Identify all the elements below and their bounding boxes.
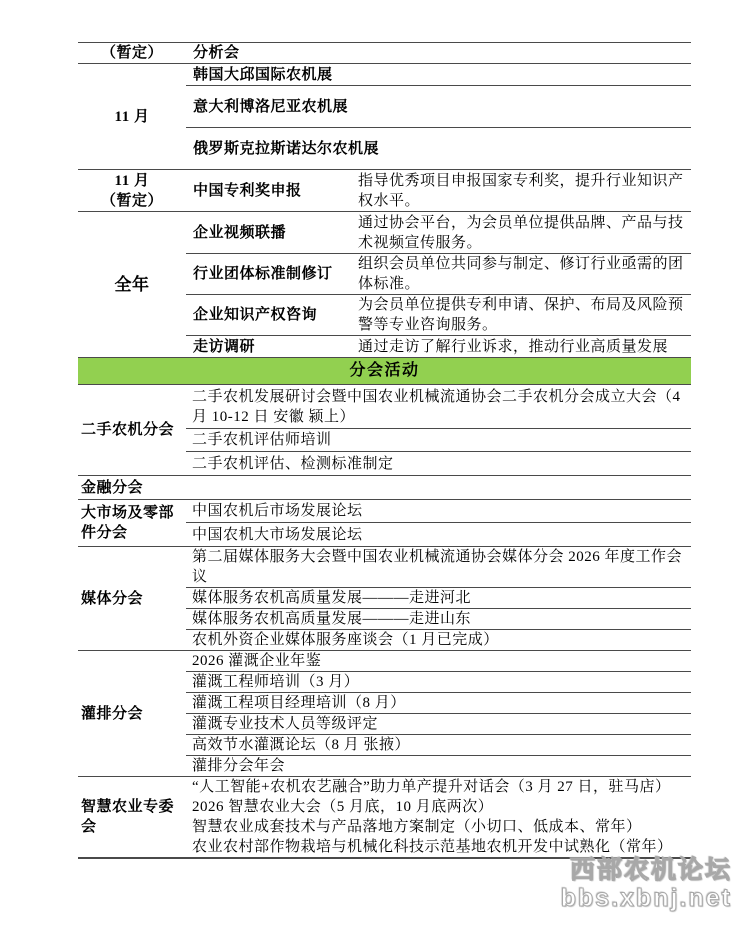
activity-cell: 灌溉工程项目经理培训（8 月） [186,693,691,714]
branch-cell: 灌排分会 [78,651,186,777]
activity-cell: 企业视频联播 [186,212,350,254]
activity-cell: 二手农机评估、检测标准制定 [186,452,691,476]
activity-cell: 2026 智慧农业大会（5 月底，10 月底两次） [186,797,691,817]
period-cell: 11 月 （暂定） [78,170,186,212]
activity-cell: 2026 灌溉企业年鉴 [186,651,691,672]
branch-cell: 大市场及零部件分会 [78,500,186,547]
activity-cell: 高效节水灌溉论坛（8 月 张掖） [186,735,691,756]
branch-cell: 金融分会 [78,476,186,500]
activity-cell: 分析会 [186,43,691,64]
activity-cell: 农机外资企业媒体服务座谈会（1 月已完成） [186,630,691,651]
schedule-table: （暂定） 分析会 11 月 韩国大邱国际农机展 意大利博洛尼亚农机展 俄罗斯克拉… [78,42,691,859]
branch-cell: 二手农机分会 [78,385,186,476]
activity-cell: 企业知识产权咨询 [186,295,350,336]
description-cell: 为会员单位提供专利申请、保护、布局及风险预警等专业咨询服务。 [350,295,691,336]
watermark-site-name: 西部农机论坛 [561,856,732,884]
watermark-url: bbs.xbnj.net [561,884,732,912]
watermark: 西部农机论坛 bbs.xbnj.net [561,856,732,912]
activity-cell: 中国农机后市场发展论坛 [186,500,691,523]
activity-cell: 媒体服务农机高质量发展———走进山东 [186,609,691,630]
activity-cell: 二手农机评估师培训 [186,429,691,452]
activity-cell: 行业团体标准制修订 [186,254,350,295]
description-cell: 通过走访了解行业诉求，推动行业高质量发展 [350,336,691,358]
activity-cell: 中国专利奖申报 [186,170,350,212]
activity-cell: 韩国大邱国际农机展 [186,64,691,86]
period-cell: （暂定） [78,43,186,64]
activity-cell: 灌溉专业技术人员等级评定 [186,714,691,735]
activity-cell: 灌排分会年会 [186,756,691,777]
activity-cell: “人工智能+农机农艺融合”助力单产提升对话会（3 月 27 日，驻马店） [186,777,691,798]
description-cell: 指导优秀项目申报国家专利奖，提升行业知识产权水平。 [350,170,691,212]
description-cell: 组织会员单位共同参与制定、修订行业亟需的团体标准。 [350,254,691,295]
activity-cell: 俄罗斯克拉斯诺达尔农机展 [186,128,691,170]
activity-cell: 意大利博洛尼亚农机展 [186,86,691,128]
description-cell: 通过协会平台，为会员单位提供品牌、产品与技术视频宣传服务。 [350,212,691,254]
period-cell: 11 月 [78,64,186,170]
section-header: 分会活动 [78,358,691,385]
activity-cell: 二手农机发展研讨会暨中国农业机械流通协会二手农机分会成立大会（4 月 10-12… [186,385,691,429]
activity-cell: 中国农机大市场发展论坛 [186,523,691,547]
branch-cell: 媒体分会 [78,547,186,651]
branch-cell: 智慧农业专委会 [78,777,186,859]
activity-cell: 媒体服务农机高质量发展———走进河北 [186,588,691,609]
period-cell: 全年 [78,212,186,358]
activity-cell: 智慧农业成套技术与产品落地方案制定（小切口、低成本、常年） [186,817,691,837]
activity-cell: 第二届媒体服务大会暨中国农业机械流通协会媒体分会 2026 年度工作会议 [186,547,691,588]
activity-cell [186,476,691,500]
activity-cell: 农业农村部作物栽培与机械化科技示范基地农机开发中试熟化（常年） [186,837,691,858]
activity-cell: 灌溉工程师培训（3 月） [186,672,691,693]
activity-cell: 走访调研 [186,336,350,358]
